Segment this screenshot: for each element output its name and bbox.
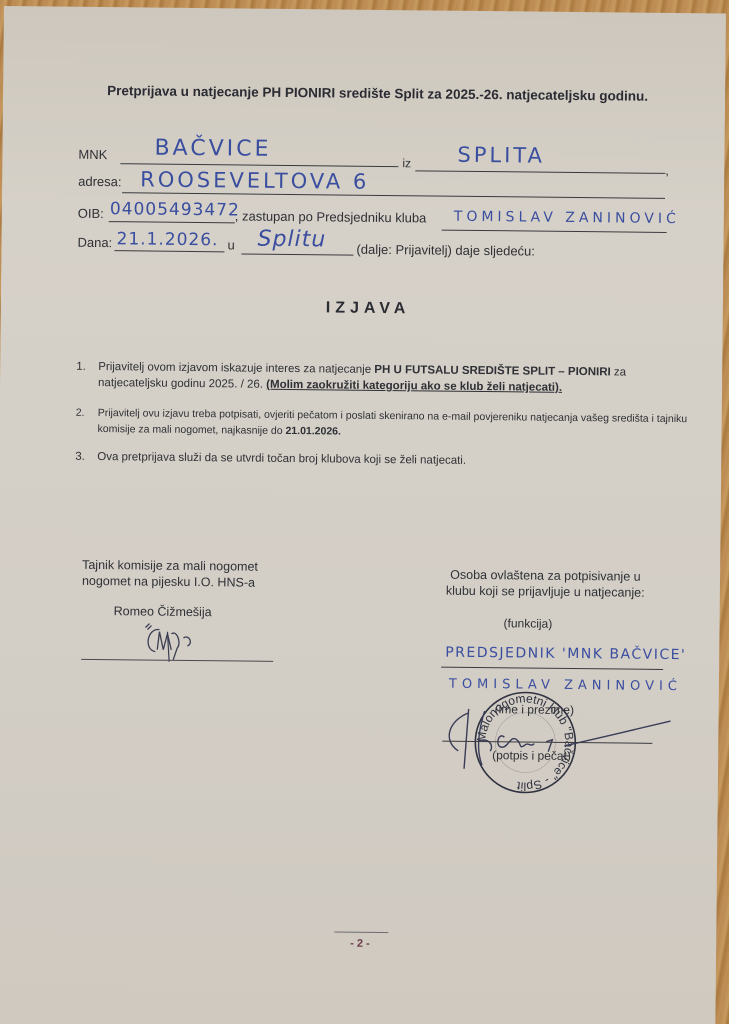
mjesto-value[interactable]: Splitu: [257, 227, 326, 253]
dana-value[interactable]: 21.1.2026.: [116, 229, 218, 250]
oib-value[interactable]: 04005493472: [110, 199, 240, 220]
item-number: 2.: [76, 405, 85, 421]
left-handwritten-signature: [137, 619, 207, 665]
dalje-label: (dalje: Prijavitelj) daje sljedeću:: [356, 242, 535, 259]
dana-underline: [114, 250, 224, 252]
item-number: 1.: [76, 359, 86, 375]
oib-label: OIB:: [78, 206, 104, 221]
comma: ,: [665, 163, 669, 178]
item-text: Prijavitelj ovu izjavu treba potpisati, …: [97, 405, 687, 443]
list-item-1: 1. Prijavitelj ovom izjavom iskazuje int…: [76, 359, 696, 401]
zastupan-label: , zastupan po Predsjedniku kluba: [235, 208, 427, 225]
item-text: Prijavitelj ovom izjavom iskazuje intere…: [98, 359, 688, 397]
dana-label: Dana:: [77, 235, 112, 250]
adresa-label: adresa:: [78, 174, 122, 189]
title-bold: PH PIONIRI: [262, 85, 335, 101]
document-page: Pretprijava u natjecanje PH PIONIRI sred…: [0, 6, 726, 1024]
mjesto-underline: [241, 253, 353, 255]
right-signature-title: Osoba ovlaštena za potpisivanje u klubu …: [446, 567, 645, 601]
list-item-2: 2. Prijavitelj ovu izjavu treba potpisat…: [75, 405, 695, 447]
footer-rule: [334, 932, 388, 934]
iz-label: iz: [402, 156, 411, 170]
item-number: 3.: [75, 449, 85, 465]
izjava-heading: IZJAVA: [326, 299, 411, 318]
funkcija-label: (funkcija): [503, 615, 552, 632]
document-title: Pretprijava u natjecanje PH PIONIRI sred…: [107, 83, 648, 104]
predsjednik-underline: [442, 230, 667, 233]
u-label: u: [227, 237, 234, 252]
left-signature-title: Tajnik komisije za mali nogomet nogomet …: [82, 557, 258, 591]
adresa-underline: [122, 192, 665, 199]
title-text-end: središte Split za 2025.-26. natjecateljs…: [335, 85, 648, 103]
funkcija-value[interactable]: PREDSJEDNIK 'MNK BAČVICE': [445, 645, 686, 664]
oib-underline: [109, 221, 235, 223]
iz-underline: [415, 170, 665, 174]
mnk-underline: [120, 163, 398, 167]
page-number: - 2 -: [350, 938, 370, 950]
item-text: Ova pretprijava služi da se utvrdi točan…: [97, 449, 687, 471]
adresa-value[interactable]: ROOSEVELTOVA 6: [140, 167, 369, 193]
mnk-label: MNK: [78, 147, 107, 162]
title-text: Pretprijava u natjecanje: [107, 83, 262, 100]
mnk-value[interactable]: BAČVICE: [154, 136, 271, 162]
funkcija-underline: [441, 667, 663, 670]
left-signature-name: Romeo Čižmešija: [114, 603, 212, 620]
list-item-3: 3. Ova pretprijava služi da se utvrdi to…: [75, 449, 695, 475]
potpis-label: (potpis i pečat): [492, 747, 571, 764]
iz-value[interactable]: SPLITA: [457, 143, 545, 168]
predsjednik-value[interactable]: TOMISLAV ZANINOVIĆ: [454, 209, 680, 227]
